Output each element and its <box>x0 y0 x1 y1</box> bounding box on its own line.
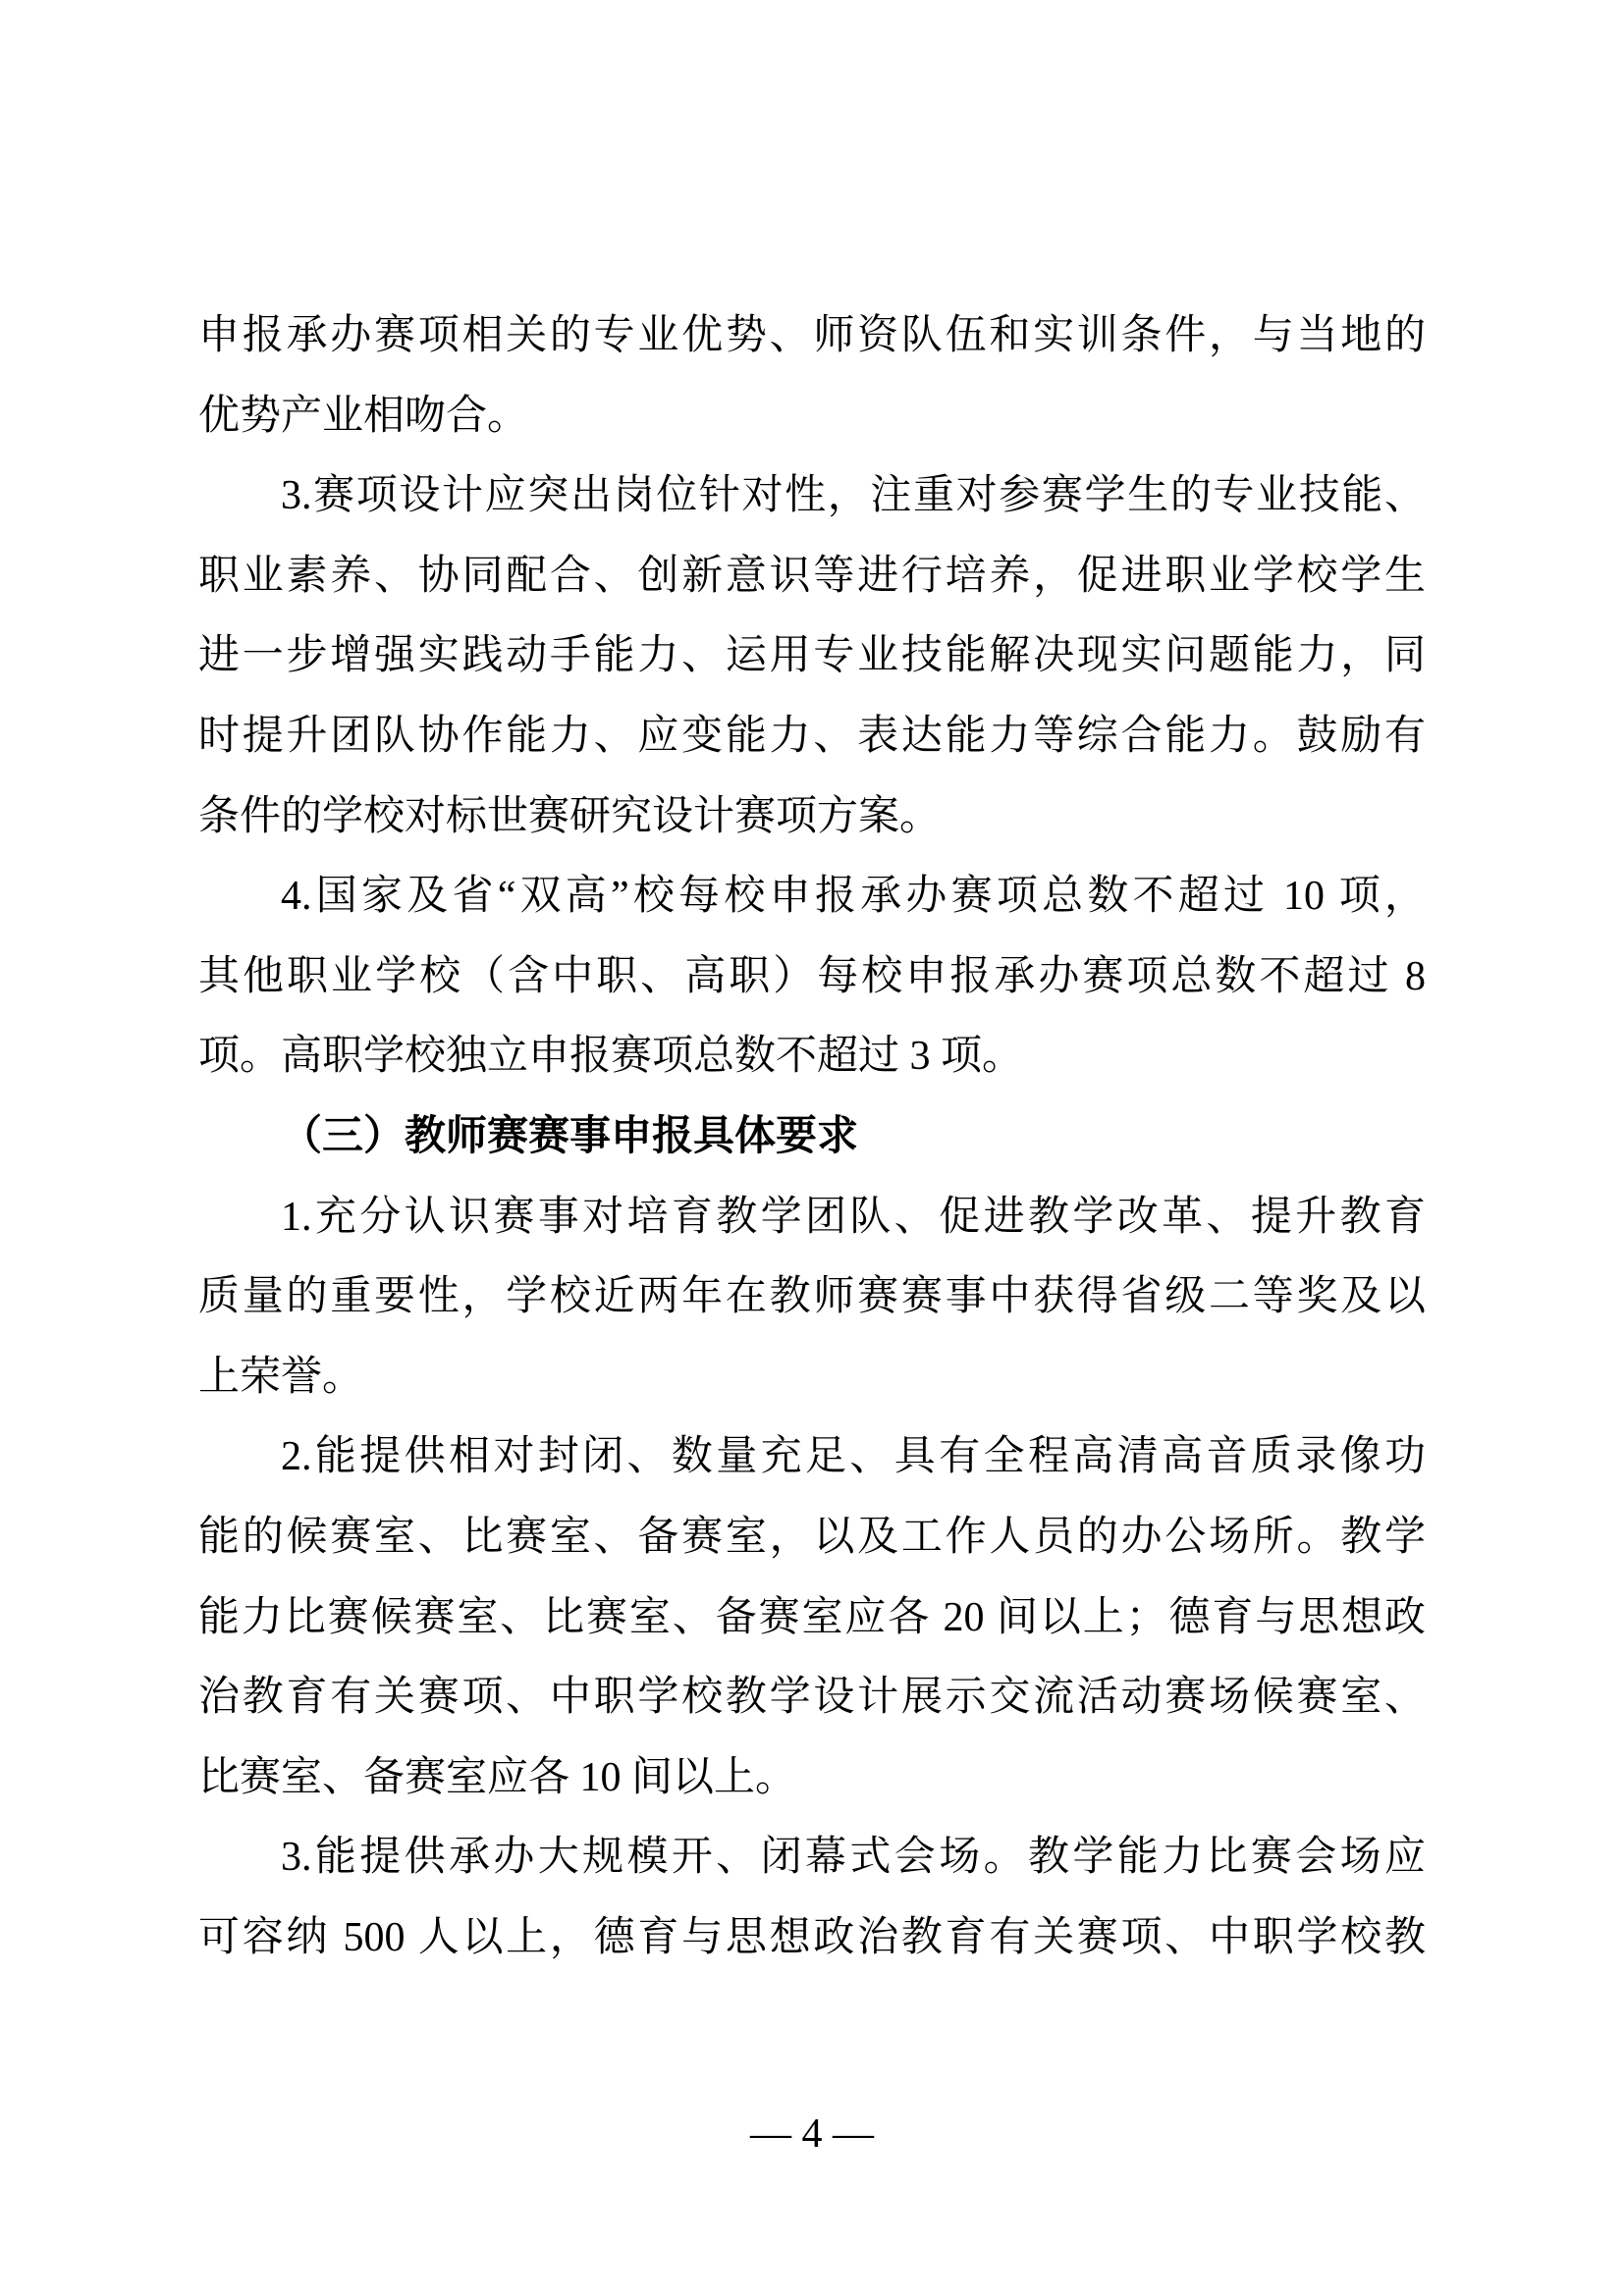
text-line: 条件的学校对标世赛研究设计赛项方案。 <box>198 777 1426 858</box>
text-line: 其他职业学校（含中职、高职）每校申报承办赛项总数不超过 8 <box>198 937 1426 1018</box>
paragraph: 3.能提供承办大规模开、闭幕式会场。教学能力比赛会场应可容纳 500 人以上，德… <box>198 1818 1426 1978</box>
text-line: 2.能提供相对封闭、数量充足、具有全程高清高音质录像功 <box>198 1417 1426 1498</box>
paragraph: 4.国家及省“双高”校每校申报承办赛项总数不超过 10 项，其他职业学校（含中职… <box>198 857 1426 1097</box>
text-line: 1.充分认识赛事对培育教学团队、促进教学改革、提升教育 <box>198 1178 1426 1258</box>
section-heading: （三）教师赛赛事申报具体要求 <box>198 1097 1426 1178</box>
text-line: 职业素养、协同配合、创新意识等进行培养，促进职业学校学生 <box>198 537 1426 617</box>
text-line: 治教育有关赛项、中职学校教学设计展示交流活动赛场候赛室、 <box>198 1658 1426 1738</box>
paragraph: 2.能提供相对封闭、数量充足、具有全程高清高音质录像功能的候赛室、比赛室、备赛室… <box>198 1417 1426 1818</box>
text-line: 比赛室、备赛室应各 10 间以上。 <box>198 1738 1426 1819</box>
text-line: 能的候赛室、比赛室、备赛室，以及工作人员的办公场所。教学 <box>198 1498 1426 1578</box>
text-line: （三）教师赛赛事申报具体要求 <box>198 1097 1426 1178</box>
text-line: 项。高职学校独立申报赛项总数不超过 3 项。 <box>198 1017 1426 1097</box>
document-page: 申报承办赛项相关的专业优势、师资队伍和实训条件，与当地的优势产业相吻合。3.赛项… <box>0 0 1624 2296</box>
page-number: — 4 — <box>750 2111 874 2157</box>
text-line: 能力比赛候赛室、比赛室、备赛室应各 20 间以上；德育与思想政 <box>198 1578 1426 1659</box>
text-line: 可容纳 500 人以上，德育与思想政治教育有关赛项、中职学校教 <box>198 1898 1426 1979</box>
text-line: 优势产业相吻合。 <box>198 377 1426 457</box>
paragraph: 申报承办赛项相关的专业优势、师资队伍和实训条件，与当地的优势产业相吻合。 <box>198 296 1426 456</box>
text-line: 时提升团队协作能力、应变能力、表达能力等综合能力。鼓励有 <box>198 697 1426 777</box>
text-line: 3.能提供承办大规模开、闭幕式会场。教学能力比赛会场应 <box>198 1818 1426 1898</box>
text-line: 进一步增强实践动手能力、运用专业技能解决现实问题能力，同 <box>198 616 1426 697</box>
paragraph: 1.充分认识赛事对培育教学团队、促进教学改革、提升教育质量的重要性，学校近两年在… <box>198 1178 1426 1418</box>
document-body: 申报承办赛项相关的专业优势、师资队伍和实训条件，与当地的优势产业相吻合。3.赛项… <box>198 296 1426 1978</box>
page-footer: — 4 — <box>0 2095 1624 2175</box>
text-line: 3.赛项设计应突出岗位针对性，注重对参赛学生的专业技能、 <box>198 456 1426 537</box>
text-line: 质量的重要性，学校近两年在教师赛赛事中获得省级二等奖及以 <box>198 1257 1426 1338</box>
text-line: 申报承办赛项相关的专业优势、师资队伍和实训条件，与当地的 <box>198 296 1426 377</box>
text-line: 上荣誉。 <box>198 1338 1426 1418</box>
paragraph: 3.赛项设计应突出岗位针对性，注重对参赛学生的专业技能、职业素养、协同配合、创新… <box>198 456 1426 857</box>
text-line: 4.国家及省“双高”校每校申报承办赛项总数不超过 10 项， <box>198 857 1426 937</box>
